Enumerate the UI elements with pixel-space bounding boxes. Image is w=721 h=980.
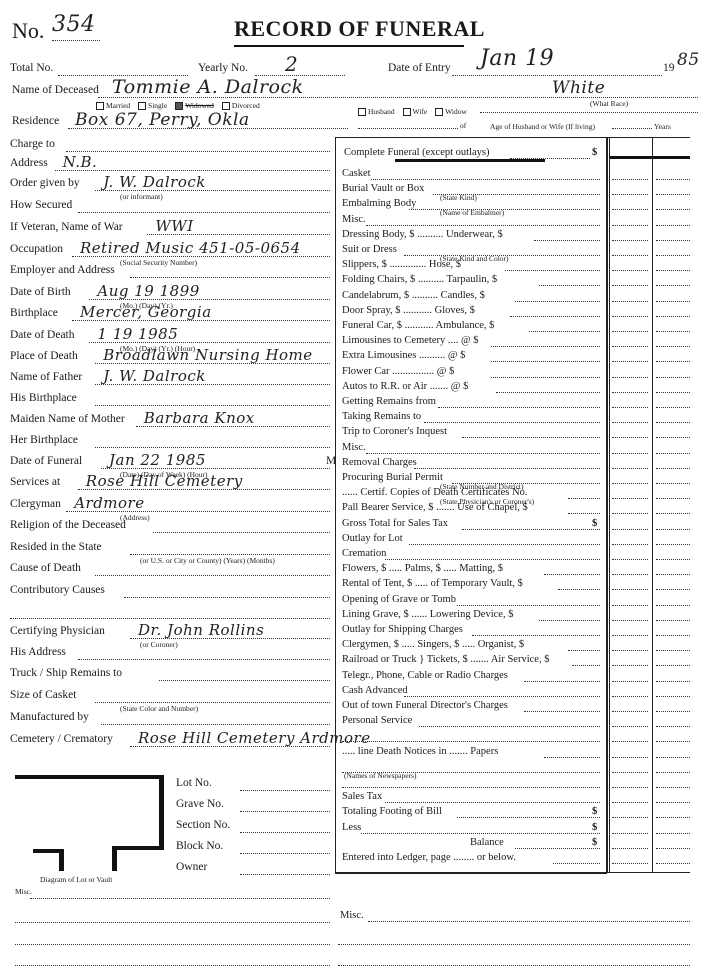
spouse-of-label: of [460, 121, 466, 130]
lot-input-lot-no[interactable] [240, 790, 330, 791]
amount-cell-cents[interactable] [656, 772, 690, 773]
amount-cell-cents[interactable] [656, 817, 690, 818]
amount-cell-cents[interactable] [656, 301, 690, 302]
lot-label-owner: Owner [176, 861, 207, 873]
amount-cell-dollars[interactable] [612, 559, 648, 560]
field-label-occupation: Occupation [10, 243, 63, 255]
complete-funeral-label: Complete Funeral (except outlays) [344, 147, 490, 158]
amount-column-1 [606, 137, 608, 872]
amount-cell-dollars[interactable] [612, 361, 648, 362]
amount-cell-dollars[interactable] [612, 696, 648, 697]
amount-cell-dollars[interactable] [612, 194, 648, 195]
amount-cell-cents[interactable] [656, 513, 690, 514]
charge-line [462, 529, 600, 530]
field-value-date-of-funeral: Jan 22 1985 [109, 451, 206, 469]
charge-label-out-of-town-funeral-director-s: Out of town Funeral Director's Charges [342, 700, 508, 711]
amount-cell-dollars[interactable] [612, 179, 648, 180]
bottom-left-misc-line-3[interactable] [15, 944, 330, 945]
lot-diagram-top [15, 775, 163, 779]
charge-line [510, 316, 600, 317]
date-entry-label: Date of Entry [388, 62, 451, 74]
charge-label-rental-of-tent-of-temporary-va: Rental of Tent, $ ..... of Temporary Vau… [342, 578, 523, 589]
spouse-field [358, 128, 458, 129]
charge-line [342, 741, 600, 742]
amount-cell-cents[interactable] [656, 665, 690, 666]
amount-cell-cents[interactable] [656, 483, 690, 484]
amount-cell-cents[interactable] [656, 377, 690, 378]
field-value-if-veteran-name-of-war: WWI [155, 217, 193, 235]
amount-cell-dollars[interactable] [612, 483, 648, 484]
amount-cell-dollars[interactable] [612, 437, 648, 438]
lot-input-section-no[interactable] [240, 832, 330, 833]
charge-label-funeral-car-ambulance: Funeral Car, $ ........... Ambulance, $ [342, 320, 494, 331]
spouse-name-field[interactable] [480, 112, 698, 113]
field-label-maiden-name-of-mother: Maiden Name of Mother [10, 413, 125, 425]
field-input-charge-to[interactable] [66, 151, 330, 152]
amount-cell-dollars[interactable] [612, 711, 648, 712]
amount-cell-dollars[interactable] [612, 772, 648, 773]
amount-cell-dollars[interactable] [612, 270, 648, 271]
amount-cell-dollars[interactable] [612, 346, 648, 347]
amount-cell-dollars[interactable] [612, 848, 648, 849]
field-hint-order-given-by: (or informant) [120, 192, 163, 201]
amount-cell-cents[interactable] [656, 726, 690, 727]
amount-cell-cents[interactable] [656, 589, 690, 590]
charge-dollar: $ [592, 518, 597, 529]
charge-hint-names-of-newspapers: (Names of Newspapers) [344, 771, 416, 780]
amount-cell-dollars[interactable] [612, 574, 648, 575]
charge-label-burial-vault-or-box: Burial Vault or Box [342, 183, 424, 194]
charge-line [505, 270, 600, 271]
charge-line [496, 392, 600, 393]
amount-cell-cents[interactable] [656, 240, 690, 241]
field-value-name-of-father: J. W. Dalrock [103, 367, 206, 385]
field-label-employer-and-address: Employer and Address [10, 264, 115, 276]
field-label-clergyman: Clergyman [10, 498, 61, 510]
field-label-how-secured: How Secured [10, 199, 72, 211]
charge-line [419, 726, 600, 727]
lot-diagram-leg-right [112, 846, 117, 871]
charge-line [404, 696, 600, 697]
bottom-right-misc-line-2[interactable] [338, 944, 690, 945]
date-entry-value: Jan 19 [480, 46, 554, 71]
charge-label-less: Less [342, 822, 361, 833]
amount-cell-dollars[interactable] [612, 225, 648, 226]
amount-cell-cents[interactable] [656, 225, 690, 226]
charge-dollar: $ [592, 822, 597, 833]
amount-cell-cents[interactable] [656, 757, 690, 758]
amount-cell-cents[interactable] [656, 270, 690, 271]
lot-diagram-bottom-right [112, 846, 164, 850]
field-label-charge-to: Charge to [10, 138, 55, 150]
charge-line [524, 711, 600, 712]
amount-cell-dollars[interactable] [612, 422, 648, 423]
field-label-contributory-causes: Contributory Causes [10, 584, 105, 596]
charge-label-slippers-hose: Slippers, $ .............. Hose, $ [342, 259, 461, 270]
amount-cell-cents[interactable] [656, 194, 690, 195]
lot-diagram-leg-left [59, 849, 64, 871]
amount-cell-dollars[interactable] [612, 757, 648, 758]
charge-label-clergymen-singers-organist: Clergymen, $ ..... Singers, $ ..... Orga… [342, 639, 524, 650]
amount-cell-dollars[interactable] [612, 863, 648, 864]
amount-cell-cents[interactable] [656, 711, 690, 712]
field-label-date-of-funeral: Date of Funeral [10, 455, 82, 467]
charges-box-bottom [335, 872, 690, 873]
amount-cell-dollars[interactable] [612, 513, 648, 514]
amount-cell-cents[interactable] [656, 787, 690, 788]
residence-label: Residence [12, 115, 59, 127]
bottom-right-misc-label: Misc. [340, 910, 364, 921]
charge-label-railroad-or-truck-tickets-air-: Railroad or Truck } Tickets, $ ....... A… [342, 654, 549, 665]
amount-cell-dollars[interactable] [612, 787, 648, 788]
bottom-left-misc-line-1[interactable] [30, 898, 330, 899]
amount-cell-cents[interactable] [656, 696, 690, 697]
charge-line [462, 437, 600, 438]
field-input-blank[interactable] [10, 618, 330, 619]
charge-line [366, 225, 600, 226]
charge-line [491, 377, 600, 378]
charge-dollar: $ [592, 837, 597, 848]
field-value-birthplace: Mercer, Georgia [80, 303, 212, 321]
lot-diagram-caption: Diagram of Lot or Vault [40, 875, 112, 884]
charge-line [491, 346, 600, 347]
charge-line [424, 422, 600, 423]
charge-label-entered-into-ledger-page-or-be: Entered into Ledger, page ........ or be… [342, 852, 516, 863]
field-value-date-of-death: 1 19 1985 [97, 325, 178, 343]
amount-cell-cents[interactable] [656, 559, 690, 560]
amount-cell-cents[interactable] [656, 422, 690, 423]
complete-funeral-dollar: $ [592, 147, 597, 158]
field-hint-occupation: (Social Security Number) [120, 258, 197, 267]
amount-cell-cents[interactable] [656, 468, 690, 469]
amount-cell-dollars[interactable] [612, 741, 648, 742]
amount-cell-dollars[interactable] [612, 726, 648, 727]
spouse-group: Husband Wife Widow [352, 107, 467, 116]
field-input-cause-of-death[interactable] [95, 575, 330, 576]
bottom-left-misc-label: Misc. [15, 887, 32, 896]
amount-cell-cents[interactable] [656, 605, 690, 606]
field-value-certifying-physician: Dr. John Rollins [138, 621, 264, 639]
title-underline [234, 45, 464, 47]
charge-label-outlay-for-shipping-charges: Outlay for Shipping Charges [342, 624, 463, 635]
amount-cell-dollars[interactable] [612, 650, 648, 651]
race-hint: (What Race) [590, 99, 628, 108]
amount-cell-cents[interactable] [656, 453, 690, 454]
race-value: White [552, 78, 605, 98]
amount-cell-dollars[interactable] [612, 817, 648, 818]
charge-label-cremation: Cremation [342, 548, 386, 559]
charge-label-taking-remains-to: Taking Remains to [342, 411, 421, 422]
charge-label-casket: Casket [342, 168, 371, 179]
amount-cell-dollars[interactable] [612, 453, 648, 454]
charge-line [572, 665, 600, 666]
amount-cell-dollars[interactable] [612, 407, 648, 408]
amount-cell-dollars[interactable] [612, 316, 648, 317]
yearly-no-label: Yearly No. [198, 62, 248, 74]
record-number-label: No. [12, 18, 44, 44]
lot-input-owner[interactable] [240, 874, 330, 875]
page-title: RECORD OF FUNERAL [234, 16, 485, 42]
bottom-left-misc-line-4[interactable] [15, 965, 330, 966]
complete-funeral-underline [395, 159, 545, 162]
amount-cell-cents[interactable] [656, 833, 690, 834]
charge-line [385, 802, 600, 803]
charge-line [361, 833, 600, 834]
amount-cell-dollars[interactable] [612, 209, 648, 210]
charge-line [366, 453, 600, 454]
charge-label-extra-limousines: Extra Limousines .......... @ $ [342, 350, 465, 361]
field-input-manufactured-by[interactable] [101, 724, 330, 725]
charge-dollar: $ [592, 806, 597, 817]
charge-line [534, 240, 600, 241]
field-hint-certifying-physician: (or Coroner) [140, 640, 178, 649]
charge-label-door-spray-gloves: Door Spray, $ ........... Gloves, $ [342, 305, 475, 316]
residence-value: Box 67, Perry, Okla [75, 110, 250, 130]
charge-label-opening-of-grave-or-tomb: Opening of Grave or Tomb [342, 594, 456, 605]
amount-cell-cents[interactable] [656, 392, 690, 393]
lot-input-grave-no[interactable] [240, 811, 330, 812]
field-value-services-at: Rose Hill Cemetery [86, 472, 243, 490]
field-label-address: Address [10, 157, 48, 169]
amount-cell-dollars[interactable] [612, 589, 648, 590]
charge-line [544, 757, 600, 758]
field-input-his-birthplace[interactable] [95, 405, 330, 406]
amount-cell-dollars[interactable] [612, 468, 648, 469]
amount-cell-cents[interactable] [656, 681, 690, 682]
amount-cell-cents[interactable] [656, 255, 690, 256]
amount-cell-cents[interactable] [656, 741, 690, 742]
charge-line [491, 361, 600, 362]
charge-line [558, 589, 600, 590]
amount-cell-dollars[interactable] [612, 605, 648, 606]
amount-cell-dollars[interactable] [612, 529, 648, 530]
amount-cell-cents[interactable] [656, 544, 690, 545]
amount-cell-cents[interactable] [656, 574, 690, 575]
lot-input-block-no[interactable] [240, 853, 330, 854]
lot-label-grave-no: Grave No. [176, 798, 224, 810]
amount-cell-cents[interactable] [656, 437, 690, 438]
age-spouse-label: Age of Husband or Wife (If living) [490, 122, 595, 131]
field-label-if-veteran-name-of-war: If Veteran, Name of War [10, 221, 123, 233]
charge-label-limousines-to-cemetery: Limousines to Cemetery .... @ $ [342, 335, 479, 346]
charge-line [544, 574, 600, 575]
amount-cell-cents[interactable] [656, 863, 690, 864]
charge-line [342, 787, 600, 788]
amount-cell-cents[interactable] [656, 498, 690, 499]
amount-cell-cents[interactable] [656, 848, 690, 849]
charge-label-pall-bearer-service-use-of-cha: Pall Bearer Service, $ ....... Use of Ch… [342, 502, 528, 513]
field-hint-size-of-casket: (State Color and Number) [120, 704, 198, 713]
date-entry-field[interactable] [452, 75, 662, 76]
amount-cell-dollars[interactable] [612, 544, 648, 545]
marital-status-group: Married Single Widowed Divorced [90, 101, 260, 110]
checkbox-husband[interactable] [358, 108, 366, 116]
amount-cell-cents[interactable] [656, 316, 690, 317]
checkbox-widow[interactable] [435, 108, 443, 116]
charge-hint-name-of-embalmer: (Name of Embalmer) [440, 208, 504, 217]
lot-label-block-no: Block No. [176, 840, 223, 852]
field-label-certifying-physician: Certifying Physician [10, 625, 105, 637]
field-label-resided-in-the-state: Resided in the State [10, 541, 102, 553]
field-input-size-of-casket[interactable] [95, 702, 330, 703]
field-value-order-given-by: J. W. Dalrock [103, 173, 206, 191]
charge-label-trip-to-coroner-s-inquest: Trip to Coroner's Inquest [342, 426, 447, 437]
field-input-her-birthplace[interactable] [95, 447, 330, 448]
amount-cell-dollars[interactable] [612, 301, 648, 302]
field-label-services-at: Services at [10, 476, 60, 488]
charge-line [529, 331, 600, 332]
amount-cell-cents[interactable] [656, 361, 690, 362]
charge-label-balance: Balance [470, 837, 504, 848]
deceased-value: Tommie A. Dalrock [112, 76, 304, 98]
lot-diagram-right [159, 775, 164, 850]
amount-cell-cents[interactable] [656, 650, 690, 651]
charge-label-lining-grave-lowering-device: Lining Grave, $ ...... Lowering Device, … [342, 609, 513, 620]
charge-line [472, 635, 600, 636]
deceased-label: Name of Deceased [12, 84, 99, 96]
amount-cell-dollars[interactable] [612, 392, 648, 393]
field-value-occupation: Retired Music 451-05-0654 [80, 239, 301, 257]
field-input-how-secured[interactable] [78, 212, 330, 213]
bottom-right-misc-line-3[interactable] [338, 965, 690, 966]
charge-label-outlay-for-lot: Outlay for Lot [342, 533, 403, 544]
amount-cell-cents[interactable] [656, 407, 690, 408]
charge-line [515, 301, 600, 302]
charge-line [414, 468, 600, 469]
amount-cell-cents[interactable] [656, 802, 690, 803]
amount-cell-cents[interactable] [656, 529, 690, 530]
field-value-date-of-birth: Aug 19 1899 [97, 282, 199, 300]
field-label-manufactured-by: Manufactured by [10, 711, 89, 723]
charge-label-candelabrum-candles: Candelabrum, $ .......... Candles, $ [342, 290, 485, 301]
charge-label-removal-charges: Removal Charges [342, 457, 417, 468]
amount-cell-dollars[interactable] [612, 285, 648, 286]
charge-label-cash-advanced: Cash Advanced [342, 685, 408, 696]
charge-label-totaling-footing-of-bill: Totaling Footing of Bill [342, 806, 442, 817]
charge-line [524, 681, 600, 682]
charge-line [409, 544, 600, 545]
charge-line [539, 620, 600, 621]
amount-cell-dollars[interactable] [612, 240, 648, 241]
lot-label-section-no: Section No. [176, 819, 230, 831]
field-value-place-of-death: Broadlawn Nursing Home [103, 346, 312, 364]
field-hint-resided-in-the-state: (or U.S. or City or County) (Years) (Mon… [140, 556, 275, 565]
charge-line [438, 407, 600, 408]
charge-label-line-death-notices-in-papers: ..... line Death Notices in ....... Pape… [342, 746, 498, 757]
field-value-clergyman: Ardmore [74, 494, 144, 512]
amount-cell-dollars[interactable] [612, 833, 648, 834]
record-number-value: 354 [52, 12, 96, 37]
field-label-birthplace: Birthplace [10, 307, 58, 319]
field-label-his-birthplace: His Birthplace [10, 392, 77, 404]
charge-line [515, 848, 600, 849]
amount-cell-dollars[interactable] [612, 331, 648, 332]
charge-line [457, 605, 600, 606]
field-label-name-of-father: Name of Father [10, 371, 82, 383]
total-no-label: Total No. [10, 62, 53, 74]
amount-column-1-inner [609, 137, 610, 872]
charge-label-procuring-burial-permit: Procuring Burial Permit [342, 472, 443, 483]
amount-cell-dollars[interactable] [612, 498, 648, 499]
charge-label-suit-or-dress: Suit or Dress [342, 244, 397, 255]
years-label: Years [654, 122, 671, 131]
charge-label-sales-tax: Sales Tax [342, 791, 382, 802]
amount-cell-cents[interactable] [656, 346, 690, 347]
amount-cell-dollars[interactable] [612, 681, 648, 682]
field-input-contributory-causes[interactable] [124, 597, 330, 598]
amount-cell-cents[interactable] [656, 285, 690, 286]
charge-label-dressing-body-underwear: Dressing Body, $ .......... Underwear, $ [342, 229, 503, 240]
amount-cell-dollars[interactable] [612, 620, 648, 621]
charge-line [568, 498, 600, 499]
complete-funeral-amount-line [610, 156, 690, 159]
charge-line [457, 817, 600, 818]
charge-line [539, 285, 600, 286]
bottom-right-misc-line-1[interactable] [368, 921, 690, 922]
lot-label-lot-no: Lot No. [176, 777, 212, 789]
amount-cell-dollars[interactable] [612, 635, 648, 636]
amount-cell-dollars[interactable] [612, 665, 648, 666]
amount-cell-dollars[interactable] [612, 377, 648, 378]
year-prefix: 19 [663, 62, 675, 74]
field-input-employer-and-address[interactable] [130, 277, 330, 278]
year-value: 85 [677, 50, 700, 70]
field-label-order-given-by: Order given by [10, 177, 80, 189]
yearly-no-value: 2 [285, 52, 298, 76]
charge-line [553, 863, 600, 864]
charge-line [409, 209, 600, 210]
age-spouse-field [612, 128, 652, 129]
charge-hint-state-kind: (State Kind) [440, 193, 477, 202]
amount-cell-cents[interactable] [656, 620, 690, 621]
amount-cell-dollars[interactable] [612, 802, 648, 803]
field-value-address: N.B. [63, 153, 98, 171]
field-label-his-address: His Address [10, 646, 66, 658]
field-input-religion-of-the-deceased[interactable] [153, 532, 330, 533]
charge-label-autos-to-r-r-or-air: Autos to R.R. or Air ....... @ $ [342, 381, 468, 392]
charge-label-embalming-body: Embalming Body [342, 198, 416, 209]
amount-cell-cents[interactable] [656, 635, 690, 636]
field-input-resided-in-the-state[interactable] [130, 554, 330, 555]
charge-label-personal-service: Personal Service [342, 715, 412, 726]
field-label-date-of-birth: Date of Birth [10, 286, 71, 298]
charge-line [568, 513, 600, 514]
field-value-maiden-name-of-mother: Barbara Knox [144, 409, 255, 427]
charge-line [371, 179, 600, 180]
charge-label-getting-remains-from: Getting Remains from [342, 396, 436, 407]
amount-cell-cents[interactable] [656, 331, 690, 332]
field-label-truck-ship-remains-to: Truck / Ship Remains to [10, 667, 122, 679]
charge-label-folding-chairs-tarpaulin: Folding Chairs, $ .......... Tarpaulin, … [342, 274, 497, 285]
charge-line [568, 650, 600, 651]
bottom-left-misc-line-2[interactable] [15, 922, 330, 923]
field-label-size-of-casket: Size of Casket [10, 689, 76, 701]
field-input-truck-ship-remains-to[interactable] [159, 680, 330, 681]
checkbox-wife[interactable] [403, 108, 411, 116]
charge-line [385, 559, 600, 560]
field-label-religion-of-the-deceased: Religion of the Deceased [10, 519, 126, 531]
charge-label-gross-total-for-sales-tax: Gross Total for Sales Tax [342, 518, 448, 529]
charge-label-misc: Misc. [342, 442, 366, 453]
amount-cell-cents[interactable] [656, 179, 690, 180]
field-label-her-birthplace: Her Birthplace [10, 434, 78, 446]
amount-cell-dollars[interactable] [612, 255, 648, 256]
field-label-date-of-death: Date of Death [10, 329, 75, 341]
amount-cell-cents[interactable] [656, 209, 690, 210]
charge-label-flower-car: Flower Car ................ @ $ [342, 366, 454, 377]
charge-label-telegr-phone-cable-or-radio-ch: Telegr., Phone, Cable or Radio Charges [342, 670, 508, 681]
field-input-his-address[interactable] [78, 659, 330, 660]
